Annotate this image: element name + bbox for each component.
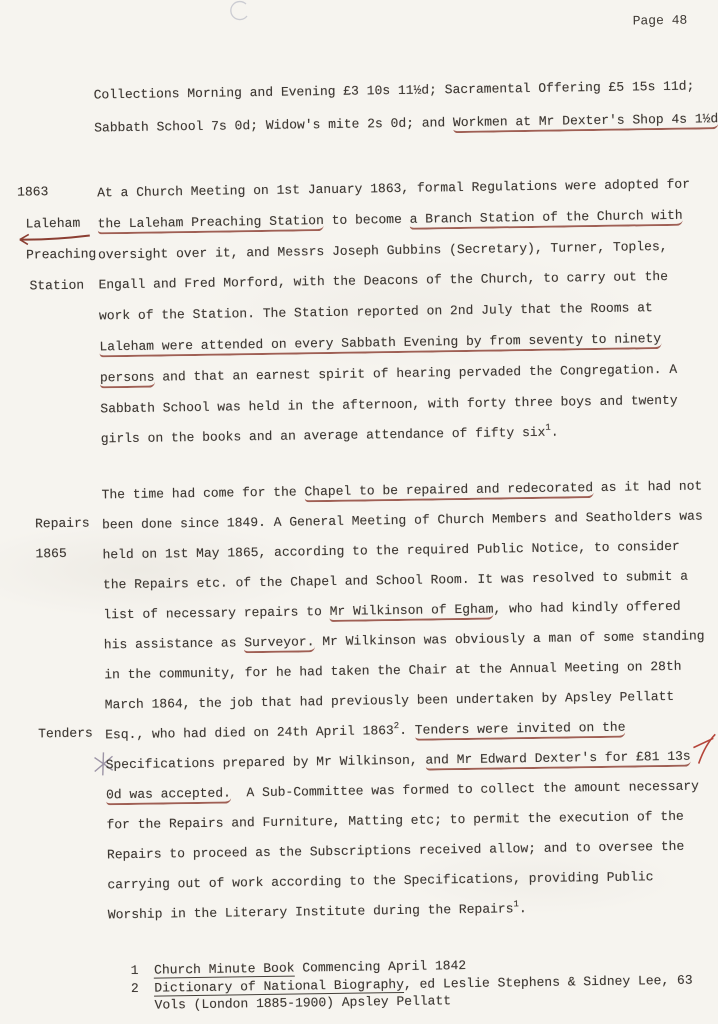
text-line: his assistance as Surveyor. Mr Wilkinson… bbox=[104, 626, 705, 654]
text-line: carrying out of work according to the Sp… bbox=[107, 867, 653, 894]
text-segment: been done since 1849. A General Meeting … bbox=[102, 508, 703, 532]
underlined-text-segment: Workmen at Mr Dexter's Shop 4s 1½d bbox=[453, 111, 718, 133]
underlined-text-segment: Chapel to be repaired and redecorated bbox=[304, 480, 593, 502]
footnote-reference: 1 bbox=[545, 423, 551, 433]
margin-note-station: Station bbox=[29, 278, 84, 294]
text-segment: Collections Morning and Evening £3 10s 1… bbox=[94, 79, 695, 103]
text-segment: March 1864, the job that had previously … bbox=[105, 689, 675, 712]
underlined-text-segment: Mr Wilkinson of Egham bbox=[330, 602, 494, 622]
text-line: Sabbath School was held in the afternoon… bbox=[100, 390, 678, 418]
text-line: the Repairs etc. of the Chapel and Schoo… bbox=[103, 567, 688, 595]
margin-note-preaching: Preaching bbox=[26, 246, 96, 262]
text-line: Sabbath School 7s 0d; Widow's mite 2s 0d… bbox=[94, 109, 718, 137]
text-segment: list of necessary repairs to bbox=[103, 604, 329, 622]
scanned-document-page: Page 48 1863 Laleham Preaching Station R… bbox=[0, 0, 718, 1024]
text-segment: work of the Station. The Station reporte… bbox=[99, 300, 653, 323]
text-segment: oversight over it, and Messrs Joseph Gub… bbox=[98, 239, 668, 262]
text-line: for the Repairs and Furniture, Matting e… bbox=[106, 807, 684, 835]
page-number: Page 48 bbox=[633, 13, 688, 29]
text-segment: . bbox=[519, 901, 527, 916]
margin-note-1863: 1863 bbox=[17, 184, 48, 199]
text-line: Laleham were attended on every Sabbath E… bbox=[99, 329, 661, 356]
margin-note-repairs: Repairs bbox=[35, 516, 90, 532]
text-line: Specifications prepared by Mr Wilkinson,… bbox=[105, 747, 690, 775]
text-line: work of the Station. The Station reporte… bbox=[99, 298, 653, 325]
text-segment: carrying out of work according to the Sp… bbox=[107, 869, 653, 892]
underlined-text-segment: a Branch Station of the Church with bbox=[410, 208, 683, 230]
text-line: The time had come for the Chapel to be r… bbox=[101, 476, 702, 504]
text-line: held on 1st May 1865, according to the r… bbox=[102, 537, 680, 565]
text-segment: . bbox=[551, 425, 559, 440]
text-line: girls on the books and an average attend… bbox=[101, 423, 559, 449]
text-segment: 2 bbox=[131, 980, 155, 995]
footnote-reference: 2 bbox=[394, 721, 400, 731]
underlined-text-segment: and Mr Edward Dexter's for £81 13s bbox=[425, 749, 690, 771]
text-line: 0d was accepted. A Sub-Committee was for… bbox=[106, 777, 699, 805]
text-segment: girls on the books and an average attend… bbox=[101, 425, 546, 447]
text-segment: for the Repairs and Furniture, Matting e… bbox=[106, 809, 683, 833]
text-segment: 1 bbox=[131, 963, 155, 978]
text-segment: held on 1st May 1865, according to the r… bbox=[102, 539, 679, 563]
underlined-text-segment: the Laleham Preaching Station bbox=[97, 213, 323, 234]
underlined-text-segment: Laleham were attended on every Sabbath E… bbox=[99, 331, 661, 357]
text-segment: Esq., who had died on 24th April 1863 bbox=[105, 723, 394, 742]
text-segment: as it had not bbox=[593, 478, 702, 495]
red-tick-mark bbox=[691, 732, 718, 766]
text-line: March 1864, the job that had previously … bbox=[105, 687, 675, 714]
footnote-reference: 1 bbox=[513, 899, 519, 909]
text-line: At a Church Meeting on 1st January 1863,… bbox=[97, 175, 690, 203]
text-line: persons and that an earnest spirit of he… bbox=[100, 360, 678, 388]
text-line: list of necessary repairs to Mr Wilkinso… bbox=[103, 597, 681, 625]
text-segment: to become bbox=[324, 212, 410, 228]
text-segment: in the community, for he had taken the C… bbox=[104, 659, 681, 683]
text-line: Collections Morning and Evening £3 10s 1… bbox=[94, 77, 695, 105]
underlined-text-segment: Tenders were invited on the bbox=[415, 720, 626, 741]
text-line: Repairs to proceed as the Subscriptions … bbox=[107, 837, 685, 865]
text-segment: Specifications prepared by Mr Wilkinson, bbox=[106, 753, 426, 773]
text-segment: The time had come for the bbox=[102, 484, 305, 502]
margin-note-1865: 1865 bbox=[35, 546, 66, 561]
text-segment: , who had kindly offered bbox=[493, 599, 680, 617]
text-segment: Sabbath School was held in the afternoon… bbox=[100, 392, 677, 416]
underlined-text-segment: 0d was accepted. bbox=[106, 785, 231, 805]
text-segment: A Sub-Committee was formed to collect th… bbox=[231, 779, 699, 801]
text-segment: Mr Wilkinson was obviously a man of some… bbox=[314, 628, 704, 649]
text-line: Engall and Fred Morford, with the Deacon… bbox=[98, 267, 668, 294]
text-line: Worship in the Literary Institute during… bbox=[108, 899, 527, 924]
text-segment: Vols (London 1885-1900) Apsley Pellatt bbox=[131, 993, 451, 1013]
text-segment: Worship in the Literary Institute during… bbox=[108, 901, 514, 922]
underlined-text-segment: persons bbox=[100, 369, 155, 388]
text-line: the Laleham Preaching Station to become … bbox=[97, 206, 682, 234]
text-line: Vols (London 1885-1900) Apsley Pellatt bbox=[131, 991, 451, 1015]
margin-note-tenders: Tenders bbox=[38, 726, 93, 742]
text-segment: Engall and Fred Morford, with the Deacon… bbox=[98, 269, 668, 292]
margin-note-laleham: Laleham bbox=[25, 216, 80, 232]
underlined-text-segment: Surveyor. bbox=[244, 634, 314, 653]
text-segment: and that an earnest spirit of hearing pe… bbox=[154, 362, 677, 385]
text-segment: At a Church Meeting on 1st January 1863,… bbox=[97, 177, 690, 201]
text-line: been done since 1849. A General Meeting … bbox=[102, 506, 703, 534]
text-segment: . bbox=[399, 723, 415, 738]
text-line: in the community, for he had taken the C… bbox=[104, 657, 682, 685]
text-line: oversight over it, and Messrs Joseph Gub… bbox=[98, 237, 668, 264]
text-segment: Sabbath School 7s 0d; Widow's mite 2s 0d… bbox=[94, 115, 453, 135]
typed-page-content: Page 48 1863 Laleham Preaching Station R… bbox=[0, 0, 718, 1024]
text-segment: his assistance as bbox=[104, 635, 245, 652]
text-line: Esq., who had died on 24th April 18632. … bbox=[105, 718, 626, 745]
text-segment: the Repairs etc. of the Chapel and Schoo… bbox=[103, 569, 688, 593]
text-segment: Repairs to proceed as the Subscriptions … bbox=[107, 839, 684, 863]
text-segment: , ed Leslie Stephens & Sidney Lee, 63 bbox=[404, 972, 693, 991]
